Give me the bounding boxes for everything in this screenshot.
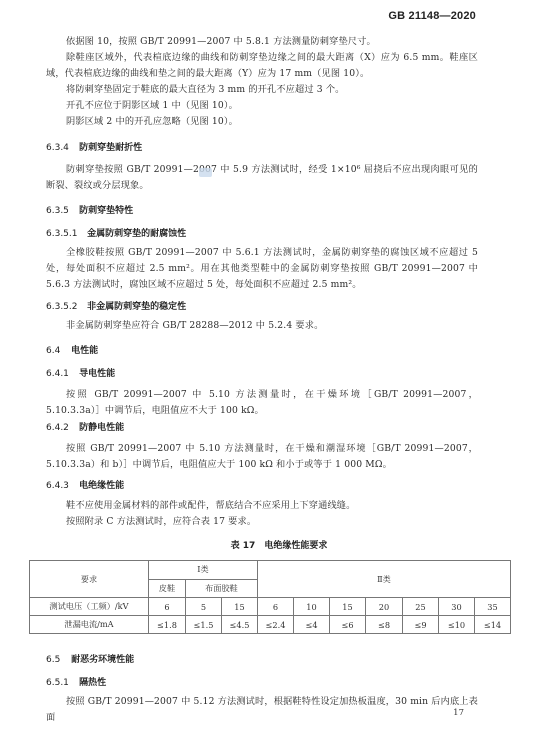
cell: ≤4.5 [222, 616, 258, 634]
section-title: 防刺穿垫耐折性 [79, 143, 142, 153]
paragraph-holes-area1: 开孔不应位于阴影区域 1 中（见图 10）。 [46, 98, 478, 114]
section-heading-6-4-3: 6.4.3 电绝缘性能 [46, 478, 124, 491]
paragraph-conductive: 按照 GB/T 20991—2007 中 5.10 方法测量时，在干燥环境［GB… [46, 387, 478, 419]
cell: 6 [149, 598, 186, 616]
paragraph-max-distance: 除鞋座区域外，代表楦底边缘的曲线和防刺穿垫边缘之间的最大距离（X）应为 6.5 … [46, 50, 478, 82]
header-class-1: Ⅰ类 [149, 561, 258, 580]
cell: 5 [186, 598, 222, 616]
header-requirement: 要求 [30, 561, 149, 598]
standard-id-header: GB 21148—2020 [388, 10, 476, 22]
section-title: 金属防刺穿垫的耐腐蚀性 [87, 229, 186, 239]
cell: 35 [475, 598, 511, 616]
header-canvas-rubber-shoes: 布面胶鞋 [186, 579, 258, 598]
paragraph-antistatic: 按照 GB/T 20991—2007 中 5.10 方法测量时，在干燥和潮湿环境… [46, 441, 478, 473]
section-title: 防刺穿垫特性 [79, 206, 133, 216]
cell: 20 [366, 598, 403, 616]
cell: ≤10 [439, 616, 475, 634]
cell: 10 [294, 598, 330, 616]
table-caption: 表 17 电绝缘性能要求 [0, 538, 558, 551]
section-title: 防静电性能 [79, 423, 124, 433]
cell: 6 [258, 598, 294, 616]
row-label: 测试电压（工频）/kV [30, 598, 149, 616]
section-heading-6-4-2: 6.4.2 防静电性能 [46, 420, 124, 433]
table-header-row: 要求 Ⅰ类 Ⅱ类 [30, 561, 511, 580]
paragraph-insulation-test: 按照附录 C 方法测试时，应符合表 17 要求。 [46, 514, 478, 530]
paragraph-nonmetal-stability: 非金属防刺穿垫应符合 GB/T 28288—2012 中 5.2.4 要求。 [46, 318, 478, 334]
paragraph-flex-resistance: 防刺穿垫按照 GB/T 20991—2007 中 5.9 方法测试时，经受 1×… [46, 162, 478, 194]
cell: ≤14 [475, 616, 511, 634]
paragraph-measure-size: 依据图 10，按照 GB/T 20991—2007 中 5.8.1 方法测量防刺… [46, 34, 478, 50]
page-number: 17 [453, 708, 464, 718]
section-heading-6-3-4: 6.3.4 防刺穿垫耐折性 [46, 140, 142, 153]
cell: ≤1.8 [149, 616, 186, 634]
table-row: 泄漏电流/mA ≤1.8 ≤1.5 ≤4.5 ≤2.4 ≤4 ≤6 ≤8 ≤9 … [30, 616, 511, 634]
cell: ≤2.4 [258, 616, 294, 634]
watermark-logo [199, 168, 212, 177]
cell: 15 [222, 598, 258, 616]
cell: ≤8 [366, 616, 403, 634]
section-number: 6.4 [46, 346, 68, 356]
section-title: 非金属防刺穿垫的稳定性 [87, 302, 186, 312]
table-row: 测试电压（工频）/kV 6 5 15 6 10 15 20 25 30 35 [30, 598, 511, 616]
section-heading-6-4: 6.4 电性能 [46, 343, 98, 356]
cell: 15 [330, 598, 366, 616]
cell: ≤6 [330, 616, 366, 634]
section-heading-6-5-1: 6.5.1 隔热性 [46, 675, 106, 688]
section-number: 6.4.2 [46, 423, 76, 433]
section-number: 6.4.1 [46, 369, 76, 379]
paragraph-corrosion-resistance: 全橡胶鞋按照 GB/T 20991—2007 中 5.6.1 方法测试时，金属防… [46, 245, 478, 293]
section-heading-6-3-5-1: 6.3.5.1 金属防刺穿垫的耐腐蚀性 [46, 226, 186, 239]
paragraph-holes-area2: 阴影区域 2 中的开孔应忽略（见图 10）。 [46, 114, 478, 130]
section-heading-6-5: 6.5 耐恶劣环境性能 [46, 652, 134, 665]
section-number: 6.4.3 [46, 481, 76, 491]
header-class-2: Ⅱ类 [258, 561, 511, 598]
section-heading-6-3-5: 6.3.5 防刺穿垫特性 [46, 203, 133, 216]
cell: 30 [439, 598, 475, 616]
section-number: 6.5.1 [46, 678, 76, 688]
section-number: 6.3.5.2 [46, 302, 84, 312]
section-title: 隔热性 [79, 678, 106, 688]
row-label: 泄漏电流/mA [30, 616, 149, 634]
section-title: 电性能 [71, 346, 98, 356]
cell: ≤1.5 [186, 616, 222, 634]
cell: ≤9 [403, 616, 439, 634]
paragraph-heat-insulation: 按照 GB/T 20991—2007 中 5.12 方法测试时，根据鞋特性设定加… [46, 694, 478, 726]
header-leather-shoes: 皮鞋 [149, 579, 186, 598]
paragraph-holes-count: 将防刺穿垫固定于鞋底的最大直径为 3 mm 的开孔不应超过 3 个。 [46, 82, 478, 98]
section-heading-6-3-5-2: 6.3.5.2 非金属防刺穿垫的稳定性 [46, 299, 186, 312]
paragraph-insulation-construction: 鞋不应使用金属材料的部件或配件，帮底结合不应采用上下穿通线缝。 [46, 498, 478, 514]
insulation-requirements-table: 要求 Ⅰ类 Ⅱ类 皮鞋 布面胶鞋 测试电压（工频）/kV 6 5 15 6 10… [29, 560, 511, 634]
section-number: 6.3.4 [46, 143, 76, 153]
section-number: 6.5 [46, 655, 68, 665]
section-title: 电绝缘性能 [79, 481, 124, 491]
section-title: 耐恶劣环境性能 [71, 655, 134, 665]
section-title: 导电性能 [79, 369, 115, 379]
cell: 25 [403, 598, 439, 616]
cell: ≤4 [294, 616, 330, 634]
section-heading-6-4-1: 6.4.1 导电性能 [46, 366, 115, 379]
section-number: 6.3.5.1 [46, 229, 84, 239]
section-number: 6.3.5 [46, 206, 76, 216]
